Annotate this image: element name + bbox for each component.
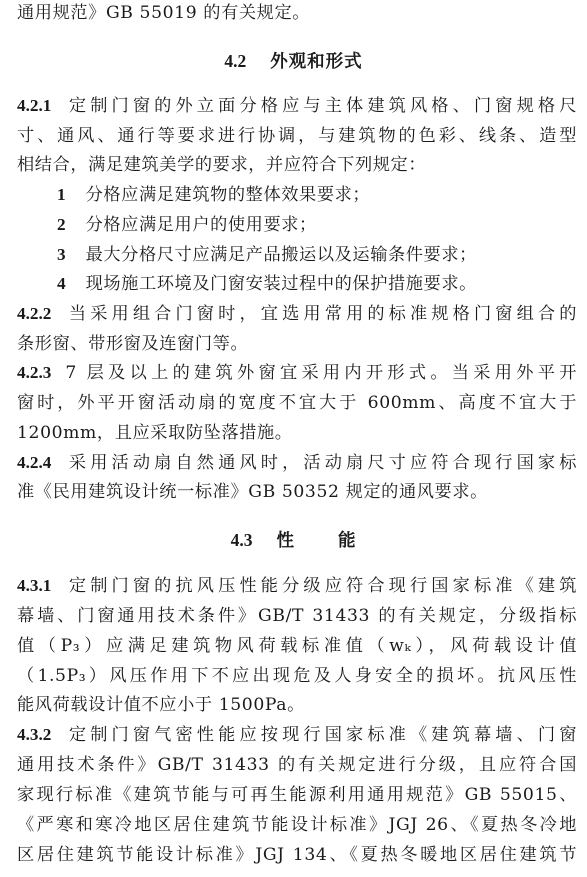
clause-number: 4.2.3 <box>17 363 51 382</box>
item-text: 分格应满足用户的使用要求； <box>86 215 317 235</box>
clause-text: 采用活动扇自然通风时，活动扇尺寸应符合现行国家标 <box>65 453 577 473</box>
clause-number: 4.3.2 <box>17 725 51 744</box>
clause-number: 4.2.1 <box>17 96 51 115</box>
item-text: 最大分格尺寸应满足产品搬运以及运输条件要求； <box>86 245 477 265</box>
clause-4-3-1-line-4: （1.5P₃）风压作用下不应出现危及人身安全的损坏。抗风压性 <box>17 661 577 691</box>
clause-4-3-2-line-3: 家现行标准《建筑节能与可再生能源利用通用规范》GB 55015、 <box>17 780 577 810</box>
clause-4-2-1-line-3: 相结合，满足建筑美学的要求，并应符合下列规定： <box>17 150 577 180</box>
clause-text: 定制门窗的抗风压性能分级应符合现行国家标准《建筑 <box>65 576 577 596</box>
clause-number: 4.2.2 <box>17 304 51 323</box>
section-heading-4-3: 4.3性能 <box>0 525 587 556</box>
item-number: 4 <box>57 274 66 293</box>
clause-4-3-2-line-1: 4.3.2定制门窗气密性能应按现行国家标准《建筑幕墙、门窗 <box>17 720 577 750</box>
continuation-text: 通用规范》GB 55019 的有关规定。 <box>17 0 577 28</box>
section-number: 4.2 <box>224 51 246 71</box>
clause-4-3-2-line-2: 通用技术条件》GB/T 31433 的有关规定进行分级，且应符合国 <box>17 750 577 780</box>
clause-number: 4.2.4 <box>17 453 51 472</box>
clause-4-2-1-line-2: 寸、通风、通行等要求进行协调，与建筑物的色彩、线条、造型 <box>17 121 577 151</box>
clause-4-3-1-line-3: 值（P₃）应满足建筑物风荷载标准值（wₖ），风荷载设计值 <box>17 631 577 661</box>
section-title: 外观和形式 <box>270 52 363 72</box>
clause-4-3-2-line-4: 《严寒和寒冷地区居住建筑节能设计标准》JGJ 26、《夏热冬冷地 <box>17 810 577 840</box>
list-item: 1分格应满足建筑物的整体效果要求； <box>57 180 577 210</box>
item-text: 分格应满足建筑物的整体效果要求； <box>86 185 371 205</box>
clause-4-3-2-line-5: 区居住建筑节能设计标准》JGJ 134、《夏热冬暖地区居住建筑节 <box>17 840 577 870</box>
item-number: 2 <box>57 215 66 234</box>
clause-number: 4.3.1 <box>17 576 51 595</box>
clause-text: 7 层及以上的建筑外窗宜采用内开形式。当采用外平开 <box>65 363 577 383</box>
list-item: 4现场施工环境及门窗安装过程中的保护措施要求。 <box>57 269 577 299</box>
list-item: 3最大分格尺寸应满足产品搬运以及运输条件要求； <box>57 240 577 270</box>
section-title: 性能 <box>276 531 356 551</box>
item-number: 1 <box>57 185 66 204</box>
clause-text: 当采用组合门窗时，宜选用常用的标准规格门窗组合的 <box>65 304 577 324</box>
clause-4-3-1-line-5: 能风荷载设计值不应小于 1500Pa。 <box>17 690 577 720</box>
clause-4-2-3-line-3: 1200mm，且应采取防坠落措施。 <box>17 418 577 448</box>
clause-4-2-4-line-2: 准《民用建筑设计统一标准》GB 50352 规定的通风要求。 <box>17 477 577 507</box>
clause-text: 定制门窗的外立面分格应与主体建筑风格、门窗规格尺 <box>65 96 577 116</box>
clause-text: 定制门窗气密性能应按现行国家标准《建筑幕墙、门窗 <box>65 725 577 745</box>
item-text: 现场施工环境及门窗安装过程中的保护措施要求。 <box>86 274 477 294</box>
clause-4-2-4-line-1: 4.2.4采用活动扇自然通风时，活动扇尺寸应符合现行国家标 <box>17 448 577 478</box>
clause-4-3-1-line-1: 4.3.1定制门窗的抗风压性能分级应符合现行国家标准《建筑 <box>17 571 577 601</box>
item-number: 3 <box>57 245 66 264</box>
clause-4-3-1-line-2: 幕墙、门窗通用技术条件》GB/T 31433 的有关规定，分级指标 <box>17 601 577 631</box>
clause-4-2-2-line-1: 4.2.2当采用组合门窗时，宜选用常用的标准规格门窗组合的 <box>17 299 577 329</box>
clause-4-2-2-line-2: 条形窗、带形窗及连窗门等。 <box>17 329 577 359</box>
clause-4-2-3-line-1: 4.2.37 层及以上的建筑外窗宜采用内开形式。当采用外平开 <box>17 358 577 388</box>
section-heading-4-2: 4.2外观和形式 <box>0 46 587 77</box>
clause-4-2-1-line-1: 4.2.1定制门窗的外立面分格应与主体建筑风格、门窗规格尺 <box>17 91 577 121</box>
clause-4-2-3-line-2: 窗时，外平开窗活动扇的宽度不宜大于 600mm、高度不宜大于 <box>17 388 577 418</box>
list-item: 2分格应满足用户的使用要求； <box>57 210 577 240</box>
section-number: 4.3 <box>231 530 253 550</box>
